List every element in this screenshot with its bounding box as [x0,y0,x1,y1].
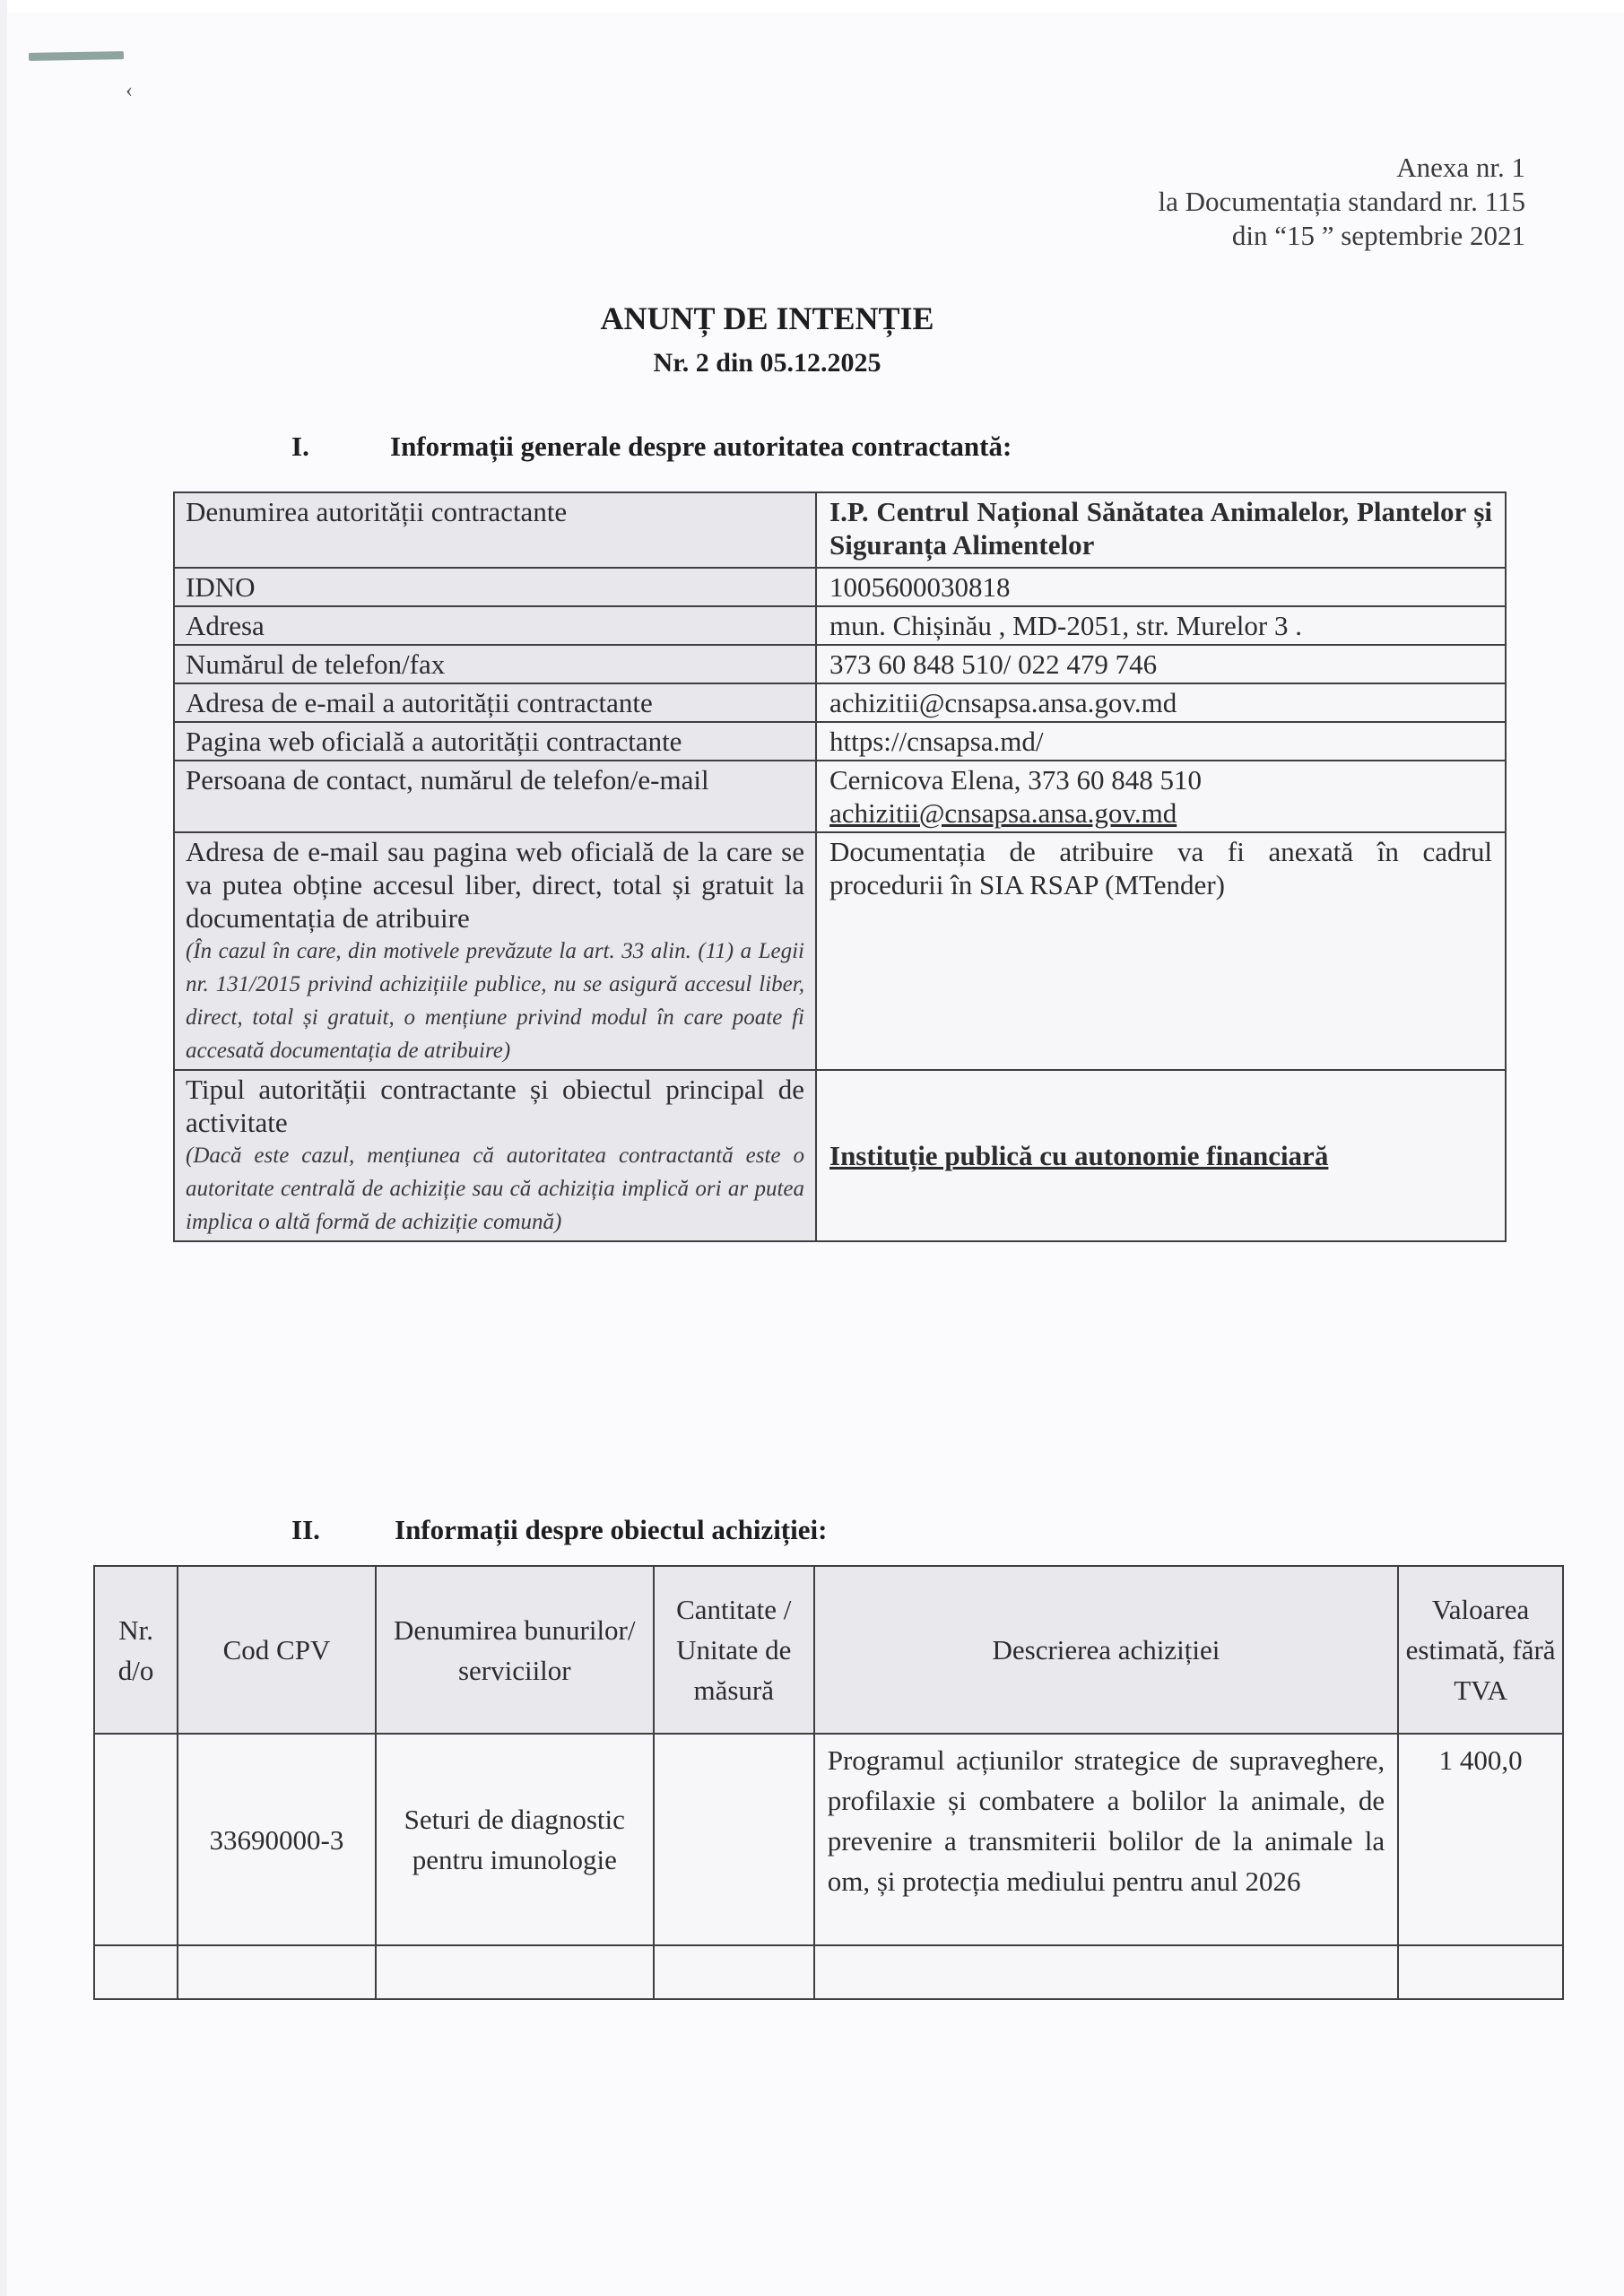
row-label: Adresa de e-mail sau pagina web oficială… [186,835,804,935]
row-note: (Dacă este cazul, mențiunea că autoritat… [186,1139,804,1239]
row-label: Tipul autorității contractante și obiect… [186,1073,804,1139]
cell-description: Programul acțiunilor strategice de supra… [814,1734,1398,1945]
table-row: Pagina web oficială a autorității contra… [174,722,1506,761]
cell-name: Seturi de diagnostic pentru imunologie [376,1734,654,1945]
authority-name: I.P. Centrul Național Sănătatea Animalel… [816,492,1506,568]
section-1-title: Informații generale despre autoritatea c… [390,430,1012,462]
email-value[interactable]: achizitii@cnsapsa.ansa.gov.md [816,683,1506,722]
scan-edge-left [0,0,7,2296]
contact-cell: Cernicova Elena, 373 60 848 510 achiziti… [816,761,1506,832]
row-label-cell: Tipul autorității contractante și obiect… [174,1070,816,1241]
cell-cpv: 33690000-3 [178,1734,376,1945]
cell-description [814,1945,1398,1999]
column-header-quantity: Cantitate / Unitate de măsură [654,1566,814,1734]
document-title: ANUNȚ DE INTENȚIE [0,300,1579,337]
table-row: 33690000-3 Seturi de diagnostic pentru i… [94,1734,1563,1945]
pen-mark: ‹ [126,79,133,103]
cell-value [1398,1945,1563,1999]
row-label: Denumirea autorității contractante [174,492,816,568]
cell-nr [94,1734,178,1945]
authority-type-value: Instituție publică cu autonomie financia… [829,1140,1328,1171]
cell-quantity [654,1945,814,1999]
column-header-name: Denumirea bunurilor/ serviciilor [376,1566,654,1734]
cell-nr [94,1945,178,1999]
row-label: Adresa de e-mail a autorității contracta… [174,683,816,722]
row-label: Pagina web oficială a autorității contra… [174,722,816,761]
procurement-object-table: Nr. d/o Cod CPV Denumirea bunurilor/ ser… [93,1565,1564,2000]
annex-line-1: Anexa nr. 1 [1159,151,1525,185]
section-1-heading: I.Informații generale despre autoritatea… [291,430,1012,463]
row-label: Adresa [174,606,816,645]
idno-value: 1005600030818 [816,568,1506,606]
section-2-number: II. [291,1514,395,1546]
table-row [94,1945,1563,1999]
table-row: Tipul autorității contractante și obiect… [174,1070,1506,1241]
row-note: (În cazul în care, din motivele prevăzut… [186,935,804,1067]
row-label: Persoana de contact, numărul de telefon/… [174,761,816,832]
row-label: Numărul de telefon/fax [174,645,816,683]
table-row: IDNO 1005600030818 [174,568,1506,606]
cell-cpv [178,1945,376,1999]
table-row: Adresa mun. Chișinău , MD-2051, str. Mur… [174,606,1506,645]
cell-value: 1 400,0 [1398,1734,1563,1945]
column-header-description: Descrierea achiziției [814,1566,1398,1734]
contact-email-link[interactable]: achizitii@cnsapsa.ansa.gov.md [829,796,1492,830]
section-2-heading: II.Informații despre obiectul achiziției… [291,1514,827,1546]
annex-line-3: din “15 ” septembrie 2021 [1159,219,1525,253]
cell-quantity [654,1734,814,1945]
section-1-number: I. [291,430,390,463]
table-row: Numărul de telefon/fax 373 60 848 510/ 0… [174,645,1506,683]
row-label: IDNO [174,568,816,606]
annex-line-2: la Documentația standard nr. 115 [1159,185,1525,219]
staple-mark [29,51,124,61]
table-row: Adresa de e-mail a autorității contracta… [174,683,1506,722]
table-header-row: Nr. d/o Cod CPV Denumirea bunurilor/ ser… [94,1566,1563,1734]
column-header-value: Valoarea estimată, fără TVA [1398,1566,1563,1734]
column-header-cpv: Cod CPV [178,1566,376,1734]
phone-value: 373 60 848 510/ 022 479 746 [816,645,1506,683]
website-link[interactable]: https://cnsapsa.md/ [816,722,1506,761]
table-row: Adresa de e-mail sau pagina web oficială… [174,832,1506,1070]
document-number-date: Nr. 2 din 05.12.2025 [0,348,1579,378]
scan-edge [0,0,1624,13]
column-header-nr: Nr. d/o [94,1566,178,1734]
annex-reference: Anexa nr. 1 la Documentația standard nr.… [1159,151,1525,253]
documentation-access-value: Documentația de atribuire va fi anexată … [816,832,1506,1070]
contact-person: Cernicova Elena, 373 60 848 510 [829,763,1492,796]
table-row: Denumirea autorității contractante I.P. … [174,492,1506,568]
table-row: Persoana de contact, numărul de telefon/… [174,761,1506,832]
authority-info-table: Denumirea autorității contractante I.P. … [173,491,1507,1242]
cell-name [376,1945,654,1999]
authority-type-cell: Instituție publică cu autonomie financia… [816,1070,1506,1241]
address-value: mun. Chișinău , MD-2051, str. Murelor 3 … [816,606,1506,645]
row-label-cell: Adresa de e-mail sau pagina web oficială… [174,832,816,1070]
section-2-title: Informații despre obiectul achiziției: [395,1514,827,1545]
